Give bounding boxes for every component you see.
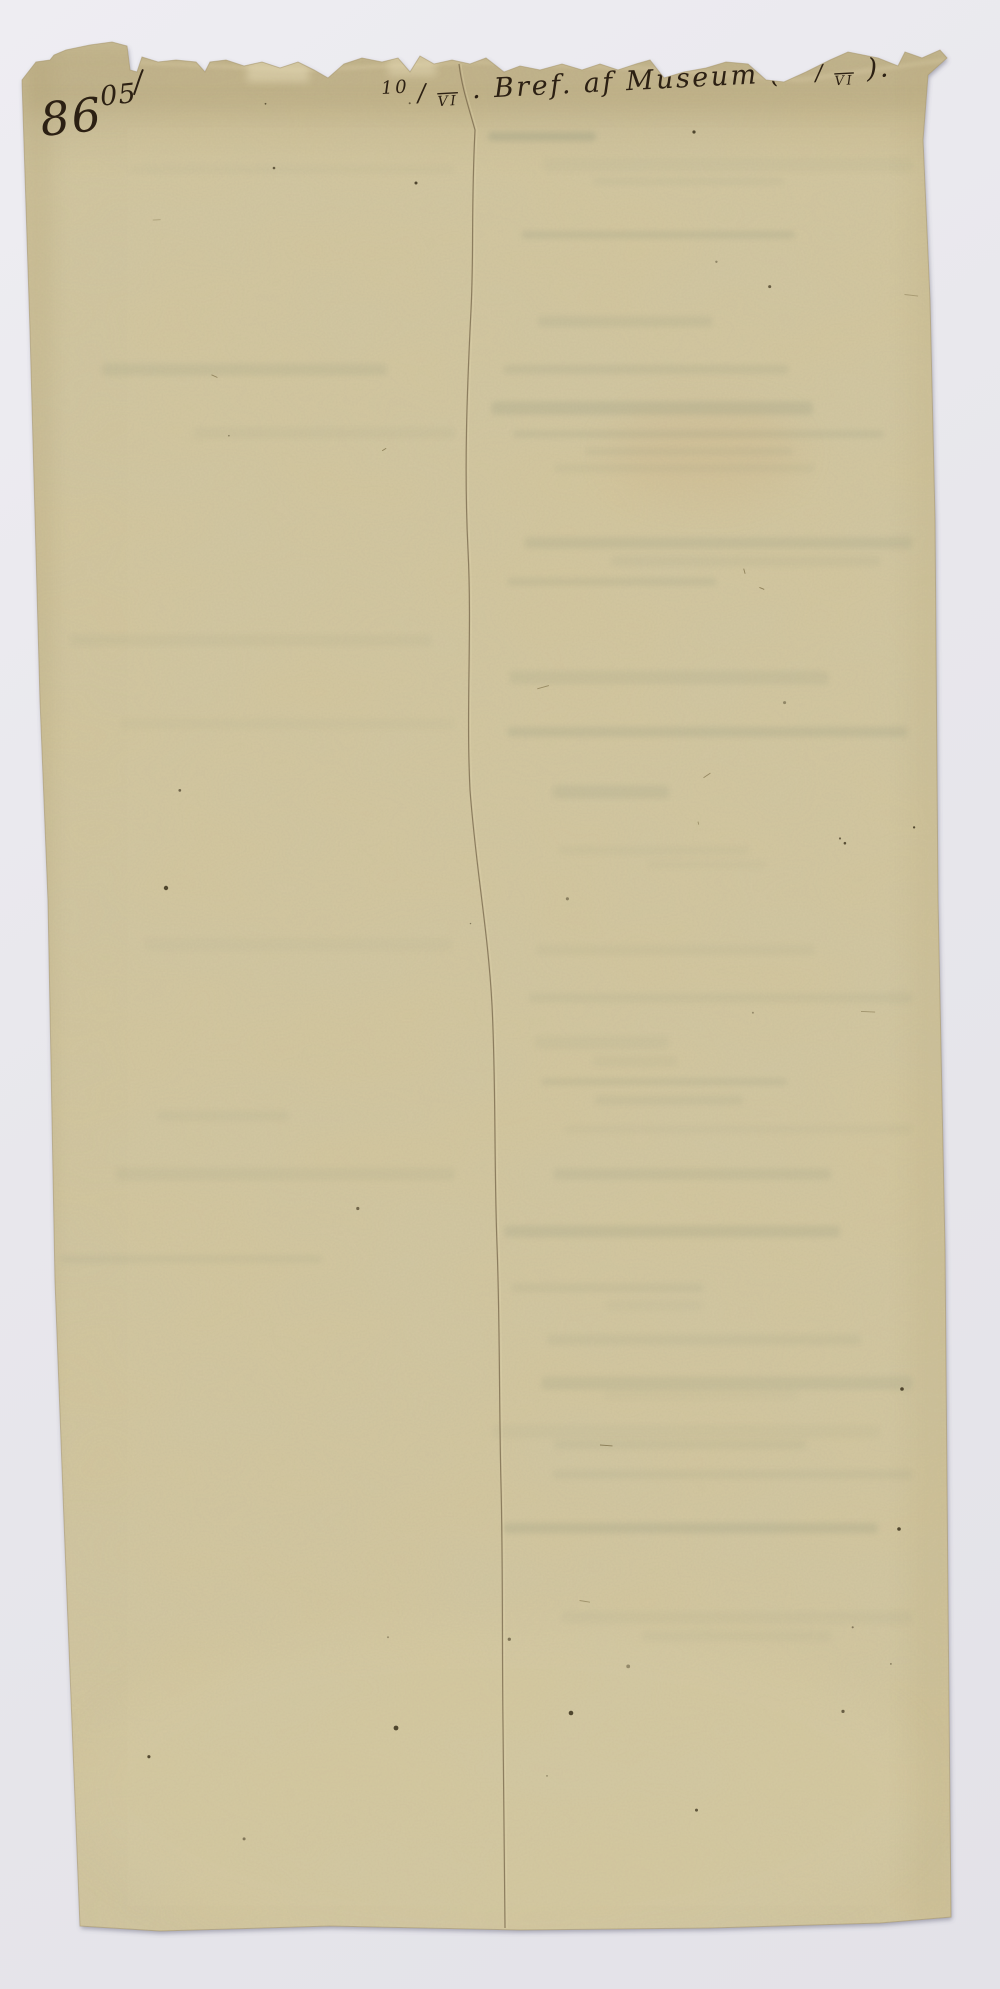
paper-speck — [409, 102, 411, 104]
bleedthrough-line — [593, 178, 785, 185]
bleedthrough-line — [491, 401, 813, 415]
bleedthrough-line — [503, 365, 788, 374]
bleedthrough-line — [559, 846, 750, 855]
bleedthrough-line — [507, 578, 716, 586]
paper-speck — [692, 130, 695, 133]
bleedthrough-line — [593, 1056, 677, 1067]
bleedthrough-line — [144, 938, 452, 951]
paper-speck — [695, 1809, 698, 1812]
paper-speck — [715, 261, 717, 263]
bleedthrough-line — [541, 1377, 912, 1390]
scanned-document-backdrop: 86 05 10 / VI . Bref. af Museum ( 2 / VI… — [0, 0, 1000, 1989]
paper-speck — [626, 1665, 630, 1669]
bleedthrough-line — [129, 165, 455, 174]
paper-speck — [913, 826, 915, 828]
bleedthrough-line — [554, 1440, 807, 1449]
bleedthrough-line — [194, 427, 455, 439]
inscription-suffix: ). — [865, 52, 892, 84]
bleedthrough-line — [585, 448, 793, 455]
bleedthrough-line — [507, 727, 907, 737]
bottom-light-patch — [70, 1620, 930, 1960]
bleedthrough-line — [552, 1470, 912, 1479]
bleedthrough-line — [503, 1523, 878, 1534]
paper-speck — [164, 886, 168, 890]
bleedthrough-line — [611, 556, 881, 567]
bleedthrough-line — [547, 1334, 861, 1345]
paper-speck — [900, 1387, 904, 1391]
bleedthrough-line — [553, 785, 670, 798]
left-edge-shading — [18, 58, 54, 1928]
bleedthrough-line — [564, 1125, 912, 1133]
paper-speck — [752, 1012, 754, 1014]
bleedthrough-line — [102, 364, 387, 376]
bleedthrough-line — [538, 316, 713, 327]
bleedthrough-line — [541, 1078, 787, 1085]
paper-speck — [546, 1775, 548, 1777]
paper-speck — [147, 1755, 150, 1758]
paper-speck — [508, 1638, 511, 1641]
torn-tab-highlight-left — [247, 50, 309, 82]
bleedthrough-line — [512, 1284, 704, 1293]
bleedthrough-line — [493, 1425, 881, 1439]
bleedthrough-line — [536, 945, 815, 956]
bleedthrough-line — [543, 158, 912, 172]
bleedthrough-line — [488, 132, 596, 141]
paper-speck — [243, 1837, 246, 1840]
document-scan-svg: 86 05 10 / VI . Bref. af Museum ( 2 / VI… — [0, 0, 1000, 1989]
bleedthrough-line — [122, 719, 456, 729]
bleedthrough-line — [595, 1096, 744, 1105]
paper-speck — [768, 285, 771, 288]
bleedthrough-line — [61, 1255, 323, 1263]
paper-speck — [569, 1711, 574, 1716]
bleedthrough-line — [606, 1300, 702, 1311]
paper-speck — [394, 1726, 399, 1731]
inscription-date-denominator: VI — [437, 93, 458, 110]
inscription-date-numerator: 10 — [381, 77, 410, 99]
paper-speck — [470, 923, 471, 924]
inscription-ref-denominator: VI — [834, 73, 854, 89]
paper-speck — [228, 435, 230, 437]
right-edge-shading — [910, 58, 956, 1923]
paper-speck — [265, 103, 267, 105]
bleedthrough-line — [513, 430, 885, 437]
paper-speck — [890, 1663, 892, 1665]
bleedthrough-line — [71, 634, 433, 646]
paper-speck — [273, 167, 276, 170]
paper-speck — [783, 701, 786, 704]
paper-speck — [387, 1636, 389, 1638]
paper-speck — [841, 1710, 844, 1713]
bleedthrough-line — [157, 1111, 289, 1121]
bleedthrough-line — [529, 993, 912, 1002]
paper-speck — [178, 789, 181, 792]
paper-speck — [897, 1527, 901, 1531]
bleedthrough-line — [647, 861, 767, 869]
bleedthrough-line — [521, 231, 795, 239]
bleedthrough-line — [504, 1226, 840, 1238]
paper-speck — [566, 897, 569, 900]
bleedthrough-line — [116, 1168, 455, 1181]
paper-speck — [65, 1880, 68, 1883]
upper-shading-band — [18, 106, 958, 152]
bleedthrough-line — [642, 1631, 831, 1642]
bleedthrough-line — [525, 537, 913, 548]
paper-speck — [839, 837, 841, 839]
paper-speck — [852, 1626, 854, 1628]
paper-speck — [415, 182, 418, 185]
bleedthrough-line — [510, 671, 829, 685]
bleedthrough-line — [554, 1169, 832, 1180]
archive-number-main: 86 — [38, 87, 106, 147]
paper-speck — [356, 1207, 359, 1210]
archive-number-superscript: 05 — [99, 78, 138, 113]
bleedthrough-line — [535, 1036, 669, 1049]
bleedthrough-line — [604, 1390, 798, 1400]
paper-speck — [844, 842, 847, 845]
bleedthrough-line — [562, 1611, 912, 1624]
bleedthrough-line — [554, 464, 815, 472]
